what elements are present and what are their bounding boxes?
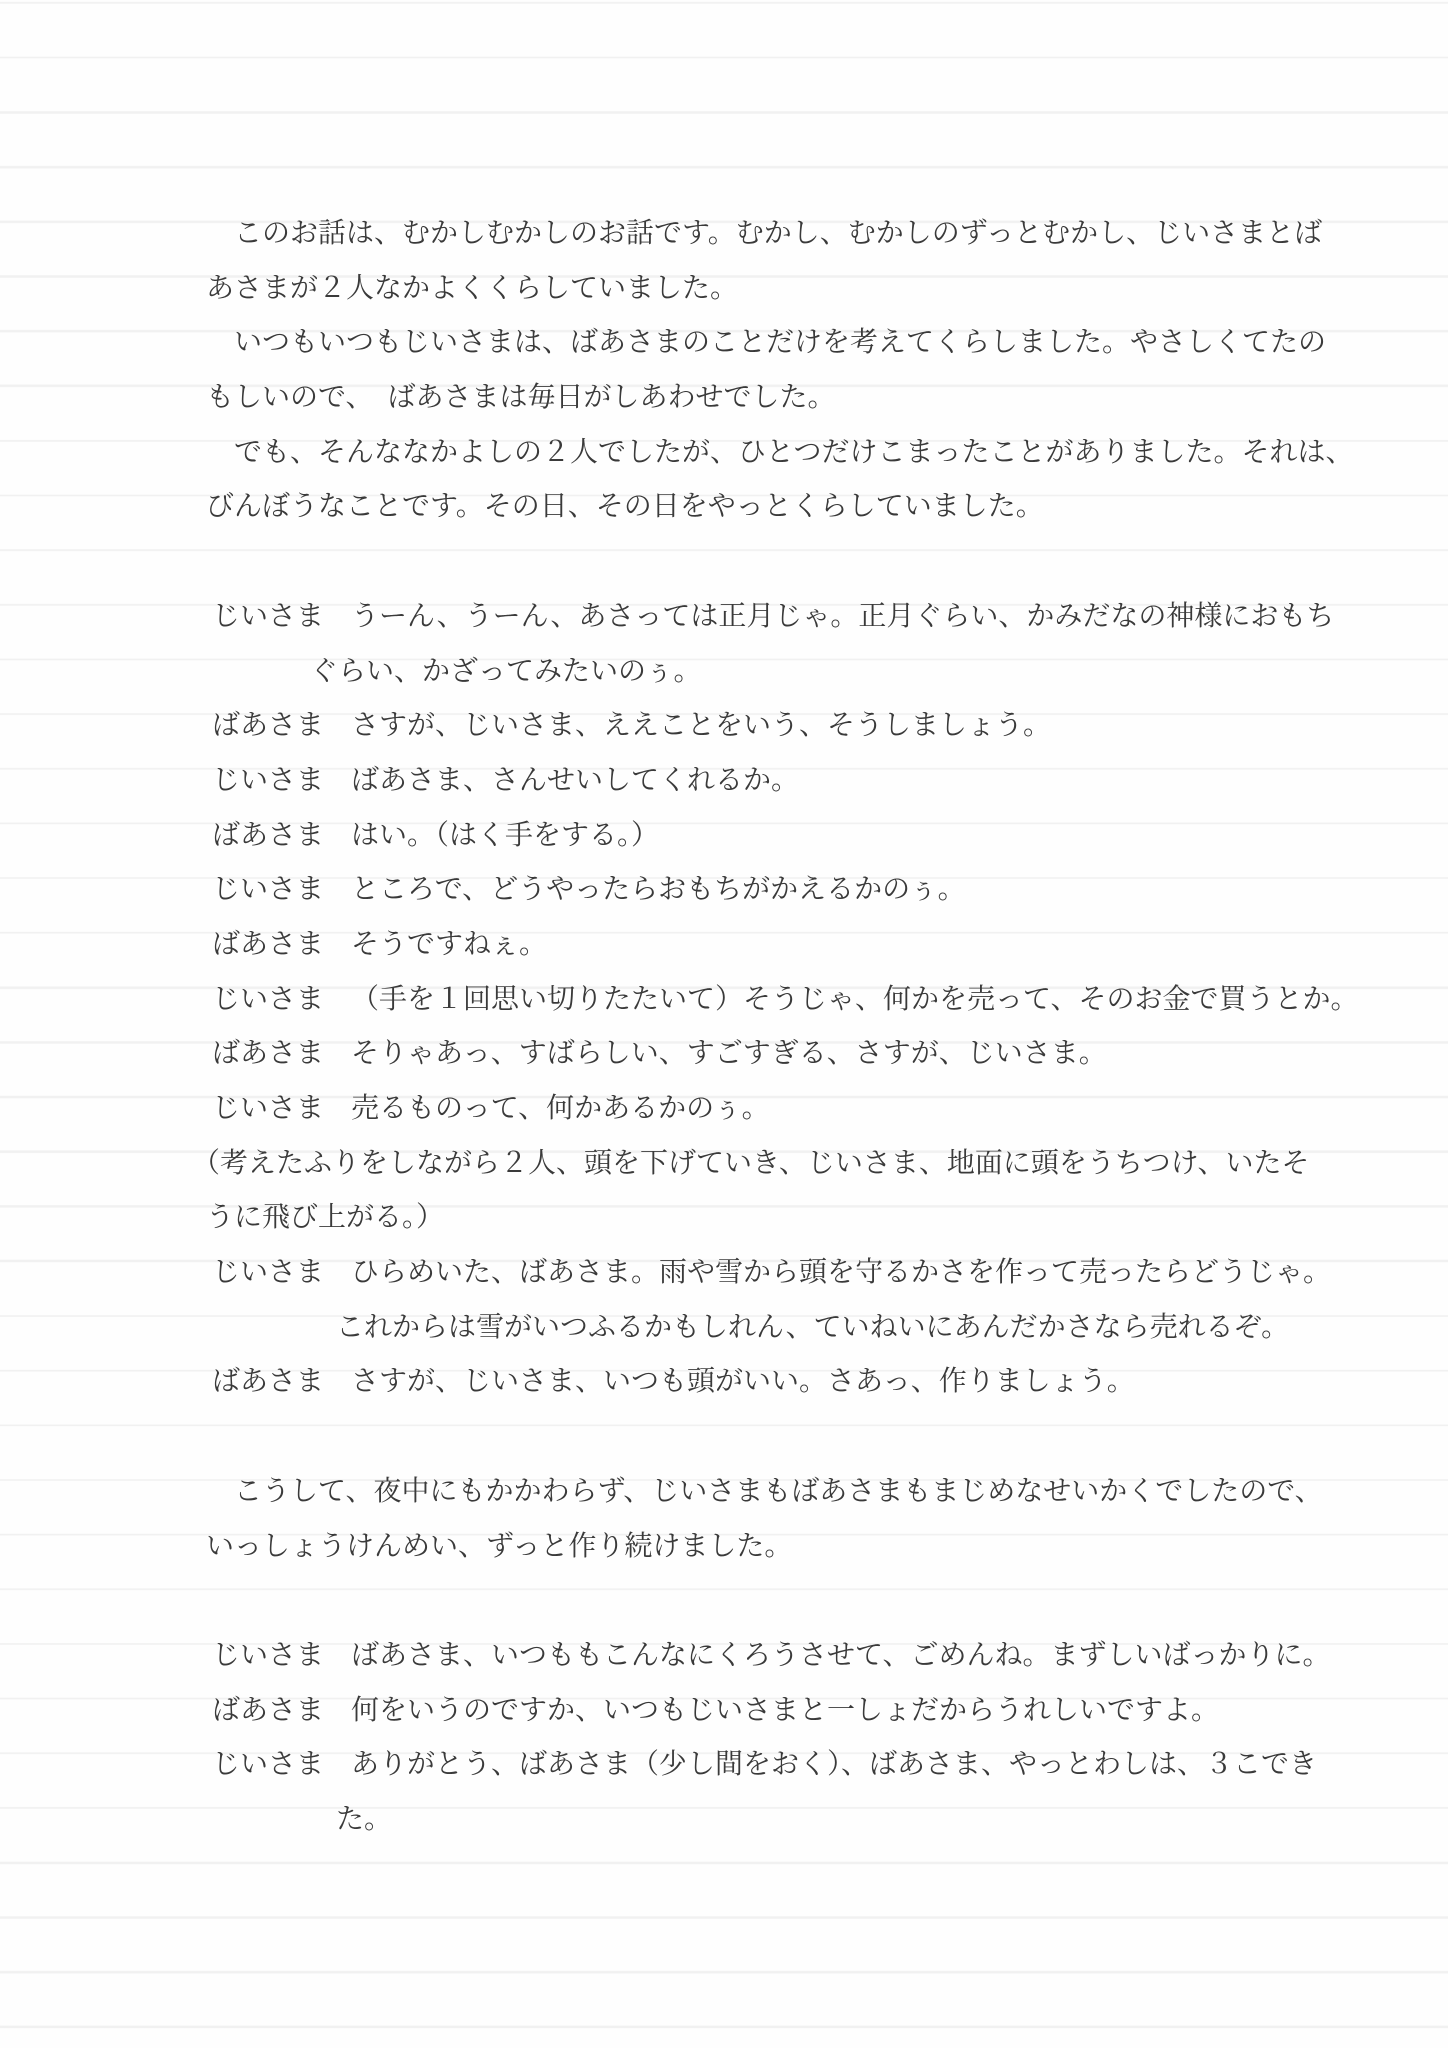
line-text: さすが、じいさま、いつも頭がいい。さあっ、作りましょう。 [351,1366,1135,1397]
speaker-label: ばあさま [212,809,324,864]
text-line: （考えたふりをしながら２人、頭を下げていき、じいさま、地面に頭をうちつけ、いたそ [192,1137,1308,1192]
line-text: いつもいつもじいさまは、ばあさまのことだけを考えてくらしました。やさしくてたの [234,327,1326,358]
speaker-label: じいさま [212,863,324,918]
line-text: そうですねぇ。 [351,929,547,960]
text-line: もしいので、 ばあさまは毎日がしあわせでした。 [206,371,1308,426]
text-line: じいさまひらめいた、ばあさま。雨や雪から頭を守るかさを作って売ったらどうじゃ。 [206,1246,1308,1301]
line-text: そりゃあっ、すばらしい、すごすぎる、さすが、じいさま。 [351,1038,1107,1069]
speaker-label: ばあさま [212,1027,324,1082]
text-line [206,1574,1308,1629]
text-line: じいさまありがとう、ばあさま（少し間をおく）、ばあさま、やっとわしは、３こでき [206,1738,1308,1793]
line-text: いっしょうけんめい、ずっと作り続けました。 [206,1531,792,1562]
speaker-label: ばあさま [212,1684,324,1739]
line-text: あさまが２人なかよくくらしていました。 [206,273,738,304]
line-text: （手を１回思い切りたたいて）そうじゃ、何かを売って、そのお金で買うとか。 [351,984,1358,1015]
speaker-label: じいさま [212,1738,324,1793]
line-text: こうして、夜中にもかかわらず、じいさまもばあさまもまじめなせいかくでしたので、 [234,1476,1323,1507]
text-line: じいさまうーん、うーん、あさっては正月じゃ。正月ぐらい、かみだなの神様におもち [206,590,1308,645]
speaker-label: ばあさま [212,1355,324,1410]
line-text: ひらめいた、ばあさま。雨や雪から頭を守るかさを作って売ったらどうじゃ。 [351,1257,1331,1288]
line-text: さすが、じいさま、ええことをいう、そうしましょう。 [351,710,1051,741]
text-line: じいさま（手を１回思い切りたたいて）そうじゃ、何かを売って、そのお金で買うとか。 [206,973,1308,1028]
text-line: ばあさまはい。（はく手をする。） [206,809,1308,864]
text-line: あさまが２人なかよくくらしていました。 [206,262,1308,317]
text-line: このお話は、むかしむかしのお話です。むかし、むかしのずっとむかし、じいさまとば [206,207,1308,262]
speaker-label: じいさま [212,754,324,809]
line-text: （考えたふりをしながら２人、頭を下げていき、じいさま、地面に頭をうちつけ、いたそ [192,1148,1310,1179]
speaker-label: ばあさま [212,699,324,754]
line-text: ところで、どうやったらおもちがかえるかのぅ。 [351,874,966,905]
text-line: びんぼうなことです。その日、その日をやっとくらしていました。 [206,480,1308,535]
line-text: はい。（はく手をする。） [351,820,659,851]
speaker-label: じいさま [212,1246,324,1301]
text-line: じいさまばあさま、いつももこんなにくろうさせて、ごめんね。まずしいばっかりに。 [206,1629,1308,1684]
document-page: このお話は、むかしむかしのお話です。むかし、むかしのずっとむかし、じいさまとばあ… [0,0,1448,2048]
text-line [206,1410,1308,1465]
text-line: これからは雪がいつふるかもしれん、ていねいにあんだかさなら売れるぞ。 [206,1301,1308,1356]
text-line: ばあさまそりゃあっ、すばらしい、すごすぎる、さすが、じいさま。 [206,1027,1308,1082]
text-line: ばあさまさすが、じいさま、ええことをいう、そうしましょう。 [206,699,1308,754]
text-line: ばあさま何をいうのですか、いつもじいさまと一しょだからうれしいですよ。 [206,1684,1308,1739]
line-text: もしいので、 ばあさまは毎日がしあわせでした。 [206,382,835,413]
text-line: いっしょうけんめい、ずっと作り続けました。 [206,1520,1308,1575]
speaker-label: じいさま [212,1629,324,1684]
line-text: うーん、うーん、あさっては正月じゃ。正月ぐらい、かみだなの神様におもち [351,601,1334,632]
text-line: こうして、夜中にもかかわらず、じいさまもばあさまもまじめなせいかくでしたので、 [206,1465,1308,1520]
text-line: じいさまばあさま、さんせいしてくれるか。 [206,754,1308,809]
text-line: ぐらい、かざってみたいのぅ。 [206,645,1308,700]
text-line: じいさまところで、どうやったらおもちがかえるかのぅ。 [206,863,1308,918]
line-text: このお話は、むかしむかしのお話です。むかし、むかしのずっとむかし、じいさまとば [234,218,1322,249]
line-text: びんぼうなことです。その日、その日をやっとくらしていました。 [206,491,1044,522]
text-line: うに飛び上がる。） [206,1191,1308,1246]
speaker-label: じいさま [212,1082,324,1137]
line-text: これからは雪がいつふるかもしれん、ていねいにあんだかさなら売れるぞ。 [336,1312,1289,1343]
line-text: ありがとう、ばあさま（少し間をおく）、ばあさま、やっとわしは、３こでき [351,1749,1317,1780]
line-text: うに飛び上がる。） [206,1202,444,1233]
speaker-label: じいさま [212,973,324,1028]
text-line: ばあさまさすが、じいさま、いつも頭がいい。さあっ、作りましょう。 [206,1355,1308,1410]
text-line: でも、そんななかよしの２人でしたが、ひとつだけこまったことがありました。それは、 [206,426,1308,481]
line-text: でも、そんななかよしの２人でしたが、ひとつだけこまったことがありました。それは、 [234,437,1353,468]
speaker-label: ばあさま [212,918,324,973]
speaker-label: じいさま [212,590,324,645]
text-line: た。 [206,1793,1308,1848]
text-line: いつもいつもじいさまは、ばあさまのことだけを考えてくらしました。やさしくてたの [206,316,1308,371]
text-line: ばあさまそうですねぇ。 [206,918,1308,973]
text-line [206,535,1308,590]
line-text: ばあさま、いつももこんなにくろうさせて、ごめんね。まずしいばっかりに。 [351,1640,1330,1671]
line-text: た。 [336,1804,392,1835]
line-text: 売るものって、何かあるかのぅ。 [351,1093,770,1124]
line-text: ぐらい、かざってみたいのぅ。 [310,656,701,687]
text-line: じいさま売るものって、何かあるかのぅ。 [206,1082,1308,1137]
line-text: ばあさま、さんせいしてくれるか。 [351,765,799,796]
line-text: 何をいうのですか、いつもじいさまと一しょだからうれしいですよ。 [351,1695,1219,1726]
